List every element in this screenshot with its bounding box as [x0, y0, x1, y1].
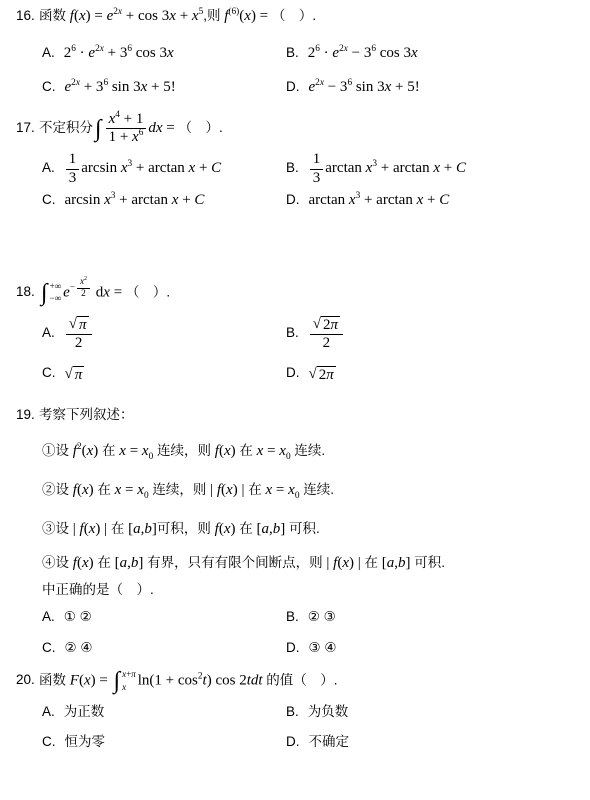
option-math: √π	[65, 365, 85, 384]
option-d: D. e2x − 36 sin 3x + 5!	[286, 79, 572, 96]
option-a: A. √π2	[42, 315, 286, 353]
option-label: A.	[42, 609, 55, 624]
question-19-options: A. ① ② B. ② ③ C. ② ④ D. ③ ④	[42, 609, 572, 656]
option-label: D.	[286, 640, 300, 655]
option-label: D.	[286, 192, 300, 207]
option-label: C.	[42, 365, 56, 380]
option-math: 13arctan x3 + arctan x + C	[308, 151, 466, 187]
option-text: 为负数	[308, 700, 349, 720]
option-label: B.	[286, 325, 299, 340]
option-label: B.	[286, 45, 299, 60]
option-label: B.	[286, 160, 299, 175]
option-c: C. ② ④	[42, 640, 286, 656]
statement-1: ①设 f2(x) 在 x = x0 连续，则 f(x) 在 x = x0 连续.	[42, 440, 572, 463]
option-label: C.	[42, 192, 56, 207]
option-label: C.	[42, 734, 56, 749]
option-math: arctan x3 + arctan x + C	[309, 192, 450, 209]
question-stem-math: ∫+∞−∞e−x22 dx = （ ）.	[39, 277, 572, 305]
question-19-stem-row: 19. 考察下列叙述：	[16, 405, 572, 427]
statement-3: ③设 | f(x) | 在 [a,b]可积，则 f(x) 在 [a,b] 可积.	[42, 518, 572, 541]
option-label: A.	[42, 160, 55, 175]
option-math: arcsin x3 + arctan x + C	[65, 192, 205, 209]
option-text: 恒为零	[65, 730, 106, 750]
option-b: B. ② ③	[286, 609, 572, 625]
option-text: 不确定	[309, 730, 350, 750]
question-number: 20.	[16, 670, 39, 690]
option-math: 26 · e2x − 36 cos 3x	[308, 45, 418, 62]
option-text: ③ ④	[309, 640, 337, 656]
option-label: A.	[42, 45, 55, 60]
option-d: D. √2π	[286, 365, 572, 384]
question-19-statements: ①设 f2(x) 在 x = x0 连续，则 f(x) 在 x = x0 连续.…	[16, 440, 572, 575]
option-math: 13arcsin x3 + arctan x + C	[64, 151, 221, 187]
question-17: 17. 不定积分∫x4 + 11 + x6dx = （ ）. A. 13arcs…	[16, 111, 572, 209]
option-math: e2x + 36 sin 3x + 5!	[65, 79, 176, 96]
option-label: D.	[286, 734, 300, 749]
option-b: B. 26 · e2x − 36 cos 3x	[286, 45, 572, 62]
question-number: 18.	[16, 282, 39, 302]
option-c: C. arcsin x3 + arctan x + C	[42, 192, 286, 209]
option-label: C.	[42, 640, 56, 655]
question-16-stem-row: 16. 函数 f(x) = e2x + cos 3x + x5,则 f(6)(x…	[16, 6, 572, 28]
option-a: A. 为正数	[42, 700, 286, 720]
question-17-stem-row: 17. 不定积分∫x4 + 11 + x6dx = （ ）.	[16, 111, 572, 147]
option-math: √2π	[309, 365, 336, 384]
question-20-stem-row: 20. 函数 F(x) = ∫x+πxln(1 + cos2t) cos 2td…	[16, 669, 572, 693]
question-20: 20. 函数 F(x) = ∫x+πxln(1 + cos2t) cos 2td…	[16, 669, 572, 750]
option-math: 26 · e2x + 36 cos 3x	[64, 45, 174, 62]
option-d: D. arctan x3 + arctan x + C	[286, 192, 572, 209]
question-18-options: A. √π2 B. √2π2 C. √π D. √2π	[42, 315, 572, 385]
option-label: D.	[286, 365, 300, 380]
question-number: 16.	[16, 6, 39, 26]
question-stem-math: 考察下列叙述：	[39, 405, 572, 427]
question-18: 18. ∫+∞−∞e−x22 dx = （ ）. A. √π2 B. √2π2 …	[16, 277, 572, 384]
option-text: ② ④	[65, 640, 93, 656]
option-text: ① ②	[64, 609, 92, 625]
question-16-options: A. 26 · e2x + 36 cos 3x B. 26 · e2x − 36…	[42, 45, 572, 96]
option-c: C. e2x + 36 sin 3x + 5!	[42, 79, 286, 96]
option-label: C.	[42, 79, 56, 94]
question-17-options: A. 13arcsin x3 + arctan x + C B. 13arcta…	[42, 151, 572, 209]
option-label: B.	[286, 704, 299, 719]
exam-page: 16. 函数 f(x) = e2x + cos 3x + x5,则 f(6)(x…	[0, 0, 590, 762]
statement-2: ②设 f(x) 在 x = x0 连续，则 | f(x) | 在 x = x0 …	[42, 479, 572, 502]
option-a: A. ① ②	[42, 609, 286, 625]
question-19-prompt: 中正确的是（ ）.	[42, 578, 572, 598]
option-b: B. √2π2	[286, 315, 572, 353]
question-stem-math: 函数 F(x) = ∫x+πxln(1 + cos2t) cos 2tdt 的值…	[39, 669, 572, 693]
statement-4: ④设 f(x) 在 [a,b] 有界，只有有限个间断点，则 | f(x) | 在…	[42, 552, 572, 575]
option-d: D. 不确定	[286, 730, 572, 750]
question-18-stem-row: 18. ∫+∞−∞e−x22 dx = （ ）.	[16, 277, 572, 305]
option-label: A.	[42, 704, 55, 719]
option-label: A.	[42, 325, 55, 340]
option-text: ② ③	[308, 609, 336, 625]
option-label: D.	[286, 79, 300, 94]
option-d: D. ③ ④	[286, 640, 572, 656]
option-math: √π2	[64, 315, 94, 353]
question-20-options: A. 为正数 B. 为负数 C. 恒为零 D. 不确定	[42, 700, 572, 750]
question-number: 17.	[16, 118, 39, 138]
option-b: B. 13arctan x3 + arctan x + C	[286, 151, 572, 187]
question-stem-math: 函数 f(x) = e2x + cos 3x + x5,则 f(6)(x) = …	[39, 6, 572, 28]
option-label: B.	[286, 609, 299, 624]
question-19: 19. 考察下列叙述： ①设 f2(x) 在 x = x0 连续，则 f(x) …	[16, 405, 572, 656]
option-c: C. √π	[42, 365, 286, 384]
option-a: A. 26 · e2x + 36 cos 3x	[42, 45, 286, 62]
question-stem-math: 不定积分∫x4 + 11 + x6dx = （ ）.	[39, 111, 572, 147]
option-text: 为正数	[64, 700, 105, 720]
option-math: √2π2	[308, 315, 345, 353]
question-16: 16. 函数 f(x) = e2x + cos 3x + x5,则 f(6)(x…	[16, 6, 572, 96]
question-number: 19.	[16, 405, 39, 425]
option-b: B. 为负数	[286, 700, 572, 720]
option-math: e2x − 36 sin 3x + 5!	[309, 79, 420, 96]
option-a: A. 13arcsin x3 + arctan x + C	[42, 151, 286, 187]
option-c: C. 恒为零	[42, 730, 286, 750]
